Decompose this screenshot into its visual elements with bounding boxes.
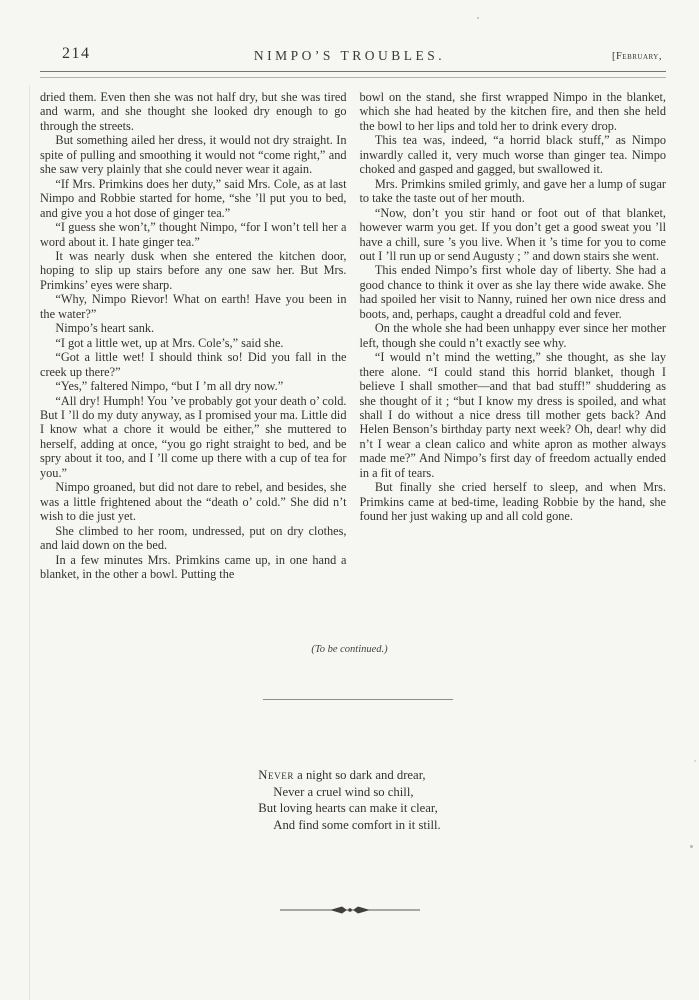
paragraph: “Got a little wet! I should think so! Di…	[40, 350, 347, 379]
page-title: NIMPO’S TROUBLES.	[0, 48, 699, 64]
scan-speck	[694, 760, 696, 762]
paragraph: bowl on the stand, she first wrapped Nim…	[360, 90, 667, 133]
paragraph: “Now, don’t you stir hand or foot out of…	[360, 206, 667, 264]
poem-line: And find some comfort in it still.	[258, 817, 440, 834]
scan-speck	[690, 845, 693, 848]
paragraph: But finally she cried herself to sleep, …	[360, 480, 667, 523]
paragraph: In a few minutes Mrs. Primkins came up, …	[40, 553, 347, 582]
magazine-page: 214 NIMPO’S TROUBLES. [February, dried t…	[0, 0, 699, 1000]
paragraph: She climbed to her room, undressed, put …	[40, 524, 347, 553]
section-divider-rule	[263, 699, 453, 700]
paragraph: dried them. Even then she was not half d…	[40, 90, 347, 133]
paragraph: This ended Nimpo’s first whole day of li…	[360, 263, 667, 321]
paragraph: “If Mrs. Primkins does her duty,” said M…	[40, 177, 347, 220]
paragraph: “Why, Nimpo Rievor! What on earth! Have …	[40, 292, 347, 321]
paragraph: “Yes,” faltered Nimpo, “but I ’m all dry…	[40, 379, 347, 393]
paragraph: Nimpo groaned, but did not dare to rebel…	[40, 480, 347, 523]
poem-line-text: a night so dark and drear,	[294, 768, 426, 782]
scan-margin-line	[29, 85, 30, 1000]
paragraph: On the whole she had been unhappy ever s…	[360, 321, 667, 350]
issue-date: [February,	[612, 51, 662, 62]
paragraph: Mrs. Primkins smiled grimly, and gave he…	[360, 177, 667, 206]
poem: Never a night so dark and drear, Never a…	[0, 767, 699, 833]
scan-speck	[477, 17, 479, 19]
paragraph: Nimpo’s heart sank.	[40, 321, 347, 335]
paragraph: “I would n’t mind the wetting,” she thou…	[360, 350, 667, 480]
poem-opening-word: Never	[258, 768, 294, 782]
tailpiece-ornament-icon	[0, 902, 699, 923]
paragraph: This tea was, indeed, “a horrid black st…	[360, 133, 667, 176]
paragraph: “I got a little wet, up at Mrs. Cole’s,”…	[40, 336, 347, 350]
paragraph: But something ailed her dress, it would …	[40, 133, 347, 176]
paragraph: “All dry! Humph! You ’ve probably got yo…	[40, 394, 347, 481]
left-column: dried them. Even then she was not half d…	[40, 90, 347, 581]
poem-line: Never a night so dark and drear,	[258, 767, 440, 784]
paragraph: “I guess she won’t,” thought Nimpo, “for…	[40, 220, 347, 249]
poem-line: But loving hearts can make it clear,	[258, 800, 440, 817]
right-column: bowl on the stand, she first wrapped Nim…	[360, 90, 667, 581]
poem-stanza: Never a night so dark and drear, Never a…	[258, 767, 440, 833]
header-rule	[40, 71, 666, 78]
continuation-note: (To be continued.)	[0, 644, 699, 655]
poem-line: Never a cruel wind so chill,	[258, 784, 440, 801]
paragraph: It was nearly dusk when she entered the …	[40, 249, 347, 292]
article-body: dried them. Even then she was not half d…	[40, 90, 666, 581]
